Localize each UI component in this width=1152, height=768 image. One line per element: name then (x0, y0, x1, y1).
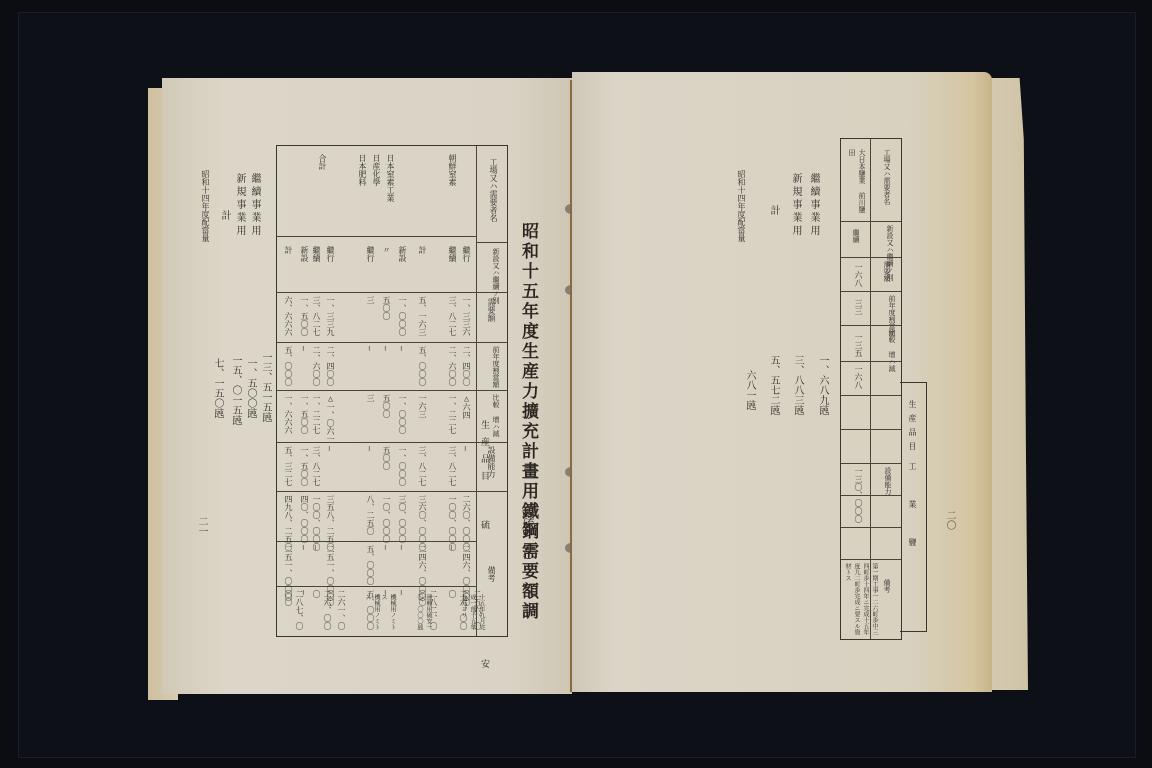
cell-demand: 三、八二七 (447, 296, 458, 336)
cell-prev: 二、六〇〇 (311, 346, 322, 386)
right-summary-total-label: 計 (766, 205, 781, 218)
cell-type: 新設 (397, 246, 408, 262)
hdr-note: 備考 (882, 579, 892, 593)
left-page-number: 二一 (194, 516, 209, 536)
left-summary-total-value: 一五、〇一五瓲 (228, 355, 243, 425)
cell-type: 繼行 (365, 246, 376, 262)
back-cover-right-edge (986, 78, 1028, 690)
row-expand: 一六八 (853, 365, 864, 389)
right-summary-continuing-label: 繼續事業用 (806, 173, 821, 238)
row-name: 合計 (317, 154, 328, 170)
hdr-diff: 比較 增ハ減 (887, 329, 897, 372)
cell-prev: 二、六〇〇 (447, 346, 458, 386)
cell-type: 新設 (299, 246, 310, 262)
cell-demand: 五〇〇 (381, 296, 392, 320)
row-name: 日本肥料 (357, 154, 368, 234)
right-summary-continuing-value: 一、六八九瓲 (815, 355, 830, 415)
cell-type: 繼續 (447, 246, 458, 262)
cell-type: 繼續 (311, 246, 322, 262)
hdr-type: 新設又ハ繼續ノ別 (491, 248, 501, 304)
row-demand: 一六八 (853, 263, 864, 287)
cell-prev: — (299, 346, 308, 351)
cell-demand: 六、六六六 (283, 296, 294, 336)
cell-capacity: 一〇〇、〇〇〇 (311, 495, 322, 551)
cell-expand: 五〇〇 (381, 446, 392, 470)
right-page-number: 二〇 (942, 510, 957, 530)
cell-expand: 五、三二七 (283, 446, 294, 486)
cell-prev: 二、四〇〇 (325, 346, 336, 386)
cell-prev: 二、四〇〇 (461, 346, 472, 386)
cell-y15: — (397, 590, 406, 595)
cell-demand: 一、〇〇〇 (397, 296, 408, 336)
cell-type: 計 (283, 246, 294, 254)
cell-note: 機械用ノミトス (379, 594, 397, 632)
cell-diff: 三 (365, 394, 376, 402)
cell-demand: 一、三三六 (461, 296, 472, 336)
cell-capacity: 八、二五〇 (365, 495, 376, 535)
cell-expand: 三、八二七 (417, 446, 428, 486)
cell-note: 機械用ノミトス (363, 594, 381, 632)
cell-y14: — (311, 545, 320, 550)
cell-y15: 二六、〇〇〇 (447, 590, 469, 636)
left-product-label: 生産品目 (478, 420, 491, 488)
hdr-prev: 前年度割當額 (491, 346, 501, 388)
hdr-name: 工場又ハ需要者名 (488, 158, 499, 222)
cell-y15: 二八七、〇〇〇 (283, 590, 305, 636)
cell-diff: 一、二二七 (311, 394, 322, 434)
row-name: 大日本鹽業 前川鹽田 (847, 149, 867, 217)
cell-y15: 二六、〇〇〇 (311, 590, 333, 636)
cell-type: 計 (417, 246, 428, 254)
cell-prev: 五、〇〇〇 (283, 346, 294, 386)
cell-capacity: 三〇、〇〇〇 (397, 495, 408, 543)
row-type: 繼續 (851, 229, 861, 243)
left-table: 工場又ハ需要者名 新設又ハ繼續ノ別 需要額 前年度割當額 比較 增ハ減 設備能力… (276, 145, 508, 637)
hdr-capacity: 設備能力 (883, 467, 893, 495)
document-subtitle: （硫 安） (520, 505, 537, 567)
cell-diff: 五〇〇 (381, 394, 392, 418)
cell-demand: 一、五〇〇 (299, 296, 310, 336)
cell-prev: — (365, 346, 374, 351)
hdr-demand: 需要額 (882, 261, 892, 282)
cell-diff: 一、六六六 (283, 394, 294, 434)
cell-demand: 三、八二七 (311, 296, 322, 336)
cell-expand: — (325, 446, 334, 451)
row-name: 日本窒素工業 (385, 154, 396, 234)
cell-expand: 一、〇〇〇 (397, 446, 408, 486)
cell-capacity: 四〇、〇〇〇 (299, 495, 310, 543)
cell-diff: 一、五〇〇 (299, 394, 310, 434)
cell-y14: — (397, 545, 406, 550)
cell-diff: △一、〇六一 (325, 394, 336, 443)
cell-demand: 一、三三九 (325, 296, 336, 336)
cell-demand: 五、一六三 (417, 296, 428, 336)
row-note: 第一期工事一二六町歩中三四町歩十四年ニ完成十五年度九二町歩完成ニ要スル資材トス (843, 563, 879, 635)
cell-y14: — (447, 545, 456, 550)
cell-y14: 五、〇〇〇 (365, 545, 376, 585)
right-summary-prev-value: 六八一瓲 (742, 370, 757, 410)
cell-type: 繼行 (461, 246, 472, 262)
cell-capacity: 一〇、〇〇〇 (381, 495, 392, 543)
cell-diff: 一、二二七 (447, 394, 458, 434)
cell-expand: 三、八二七 (447, 446, 458, 486)
right-summary-total-value: 五、五七二瓲 (766, 355, 781, 415)
right-summary-prev-label: 昭和十四年度配當量 (736, 170, 747, 242)
cell-capacity: 一〇〇、〇〇〇 (447, 495, 458, 551)
right-page (572, 72, 992, 692)
cell-prev: — (381, 346, 390, 351)
cell-y14: — (299, 545, 308, 550)
hdr-diff: 比較 增ハ減 (491, 394, 501, 437)
cell-diff: △六四 (461, 394, 472, 419)
cell-prev: 五、〇〇〇 (417, 346, 428, 386)
left-summary-total-label: 計 (217, 210, 232, 223)
cell-y14: — (381, 545, 390, 550)
left-summary-new-value: 一、五〇〇瓲 (243, 358, 258, 418)
left-product-value: 硫 安 (478, 520, 491, 728)
left-summary-continuing-label: 繼續事業用 (247, 173, 262, 238)
cell-demand: 三 (365, 296, 376, 304)
cell-note: 運轉用硫安一〇、〇〇〇瓲 (415, 594, 433, 632)
cell-type: 繼行 (325, 246, 336, 262)
left-summary-continuing-value: 一三、五一五瓲 (258, 352, 273, 422)
right-table: 工場又ハ需要者名 新設又ハ繼續ノ別 需要額 前年度割當額 比較 增ハ減 設備能力… (840, 138, 902, 640)
cell-capacity: 二六〇、〇〇〇 (461, 495, 472, 551)
hdr-demand: 需要額 (486, 298, 497, 322)
right-summary-new-value: 三、八八三瓲 (790, 355, 805, 415)
cell-capacity: 三五八、二五〇 (325, 495, 336, 551)
row-diff: 一三五 (853, 333, 864, 357)
cell-capacity: 三六〇、〇〇〇 (417, 495, 428, 551)
left-summary-prev-value: 七、一五〇瓲 (210, 358, 225, 418)
right-product-value: 工業鹽 (907, 462, 918, 576)
cell-diff: 一、〇〇〇 (397, 394, 408, 434)
cell-expand: 三、八二七 (311, 446, 322, 486)
row-name: 朝鮮窒素 (447, 154, 458, 234)
left-summary-prev-label: 昭和十四年度配當量 (200, 170, 211, 242)
cell-prev: — (397, 346, 406, 351)
cell-expand: — (461, 446, 470, 451)
cell-type: 〃 (381, 246, 392, 254)
hdr-name: 工場又ハ需要者名 (882, 149, 892, 205)
row-prev: 三三 (853, 299, 864, 315)
right-summary-new-label: 新規事業用 (788, 173, 803, 238)
cell-expand: 一、五〇〇 (299, 446, 310, 486)
row-name: 日産化學 (371, 154, 382, 234)
cell-expand: — (365, 446, 374, 451)
cell-diff: 一六三 (417, 394, 428, 418)
right-product-label: 生産品目 (907, 400, 918, 456)
cell-capacity: 四九八、二五〇 (283, 495, 294, 551)
row-capacity: 一三〇、〇〇〇 (853, 467, 864, 523)
left-summary-new-label: 新規事業用 (232, 173, 247, 238)
